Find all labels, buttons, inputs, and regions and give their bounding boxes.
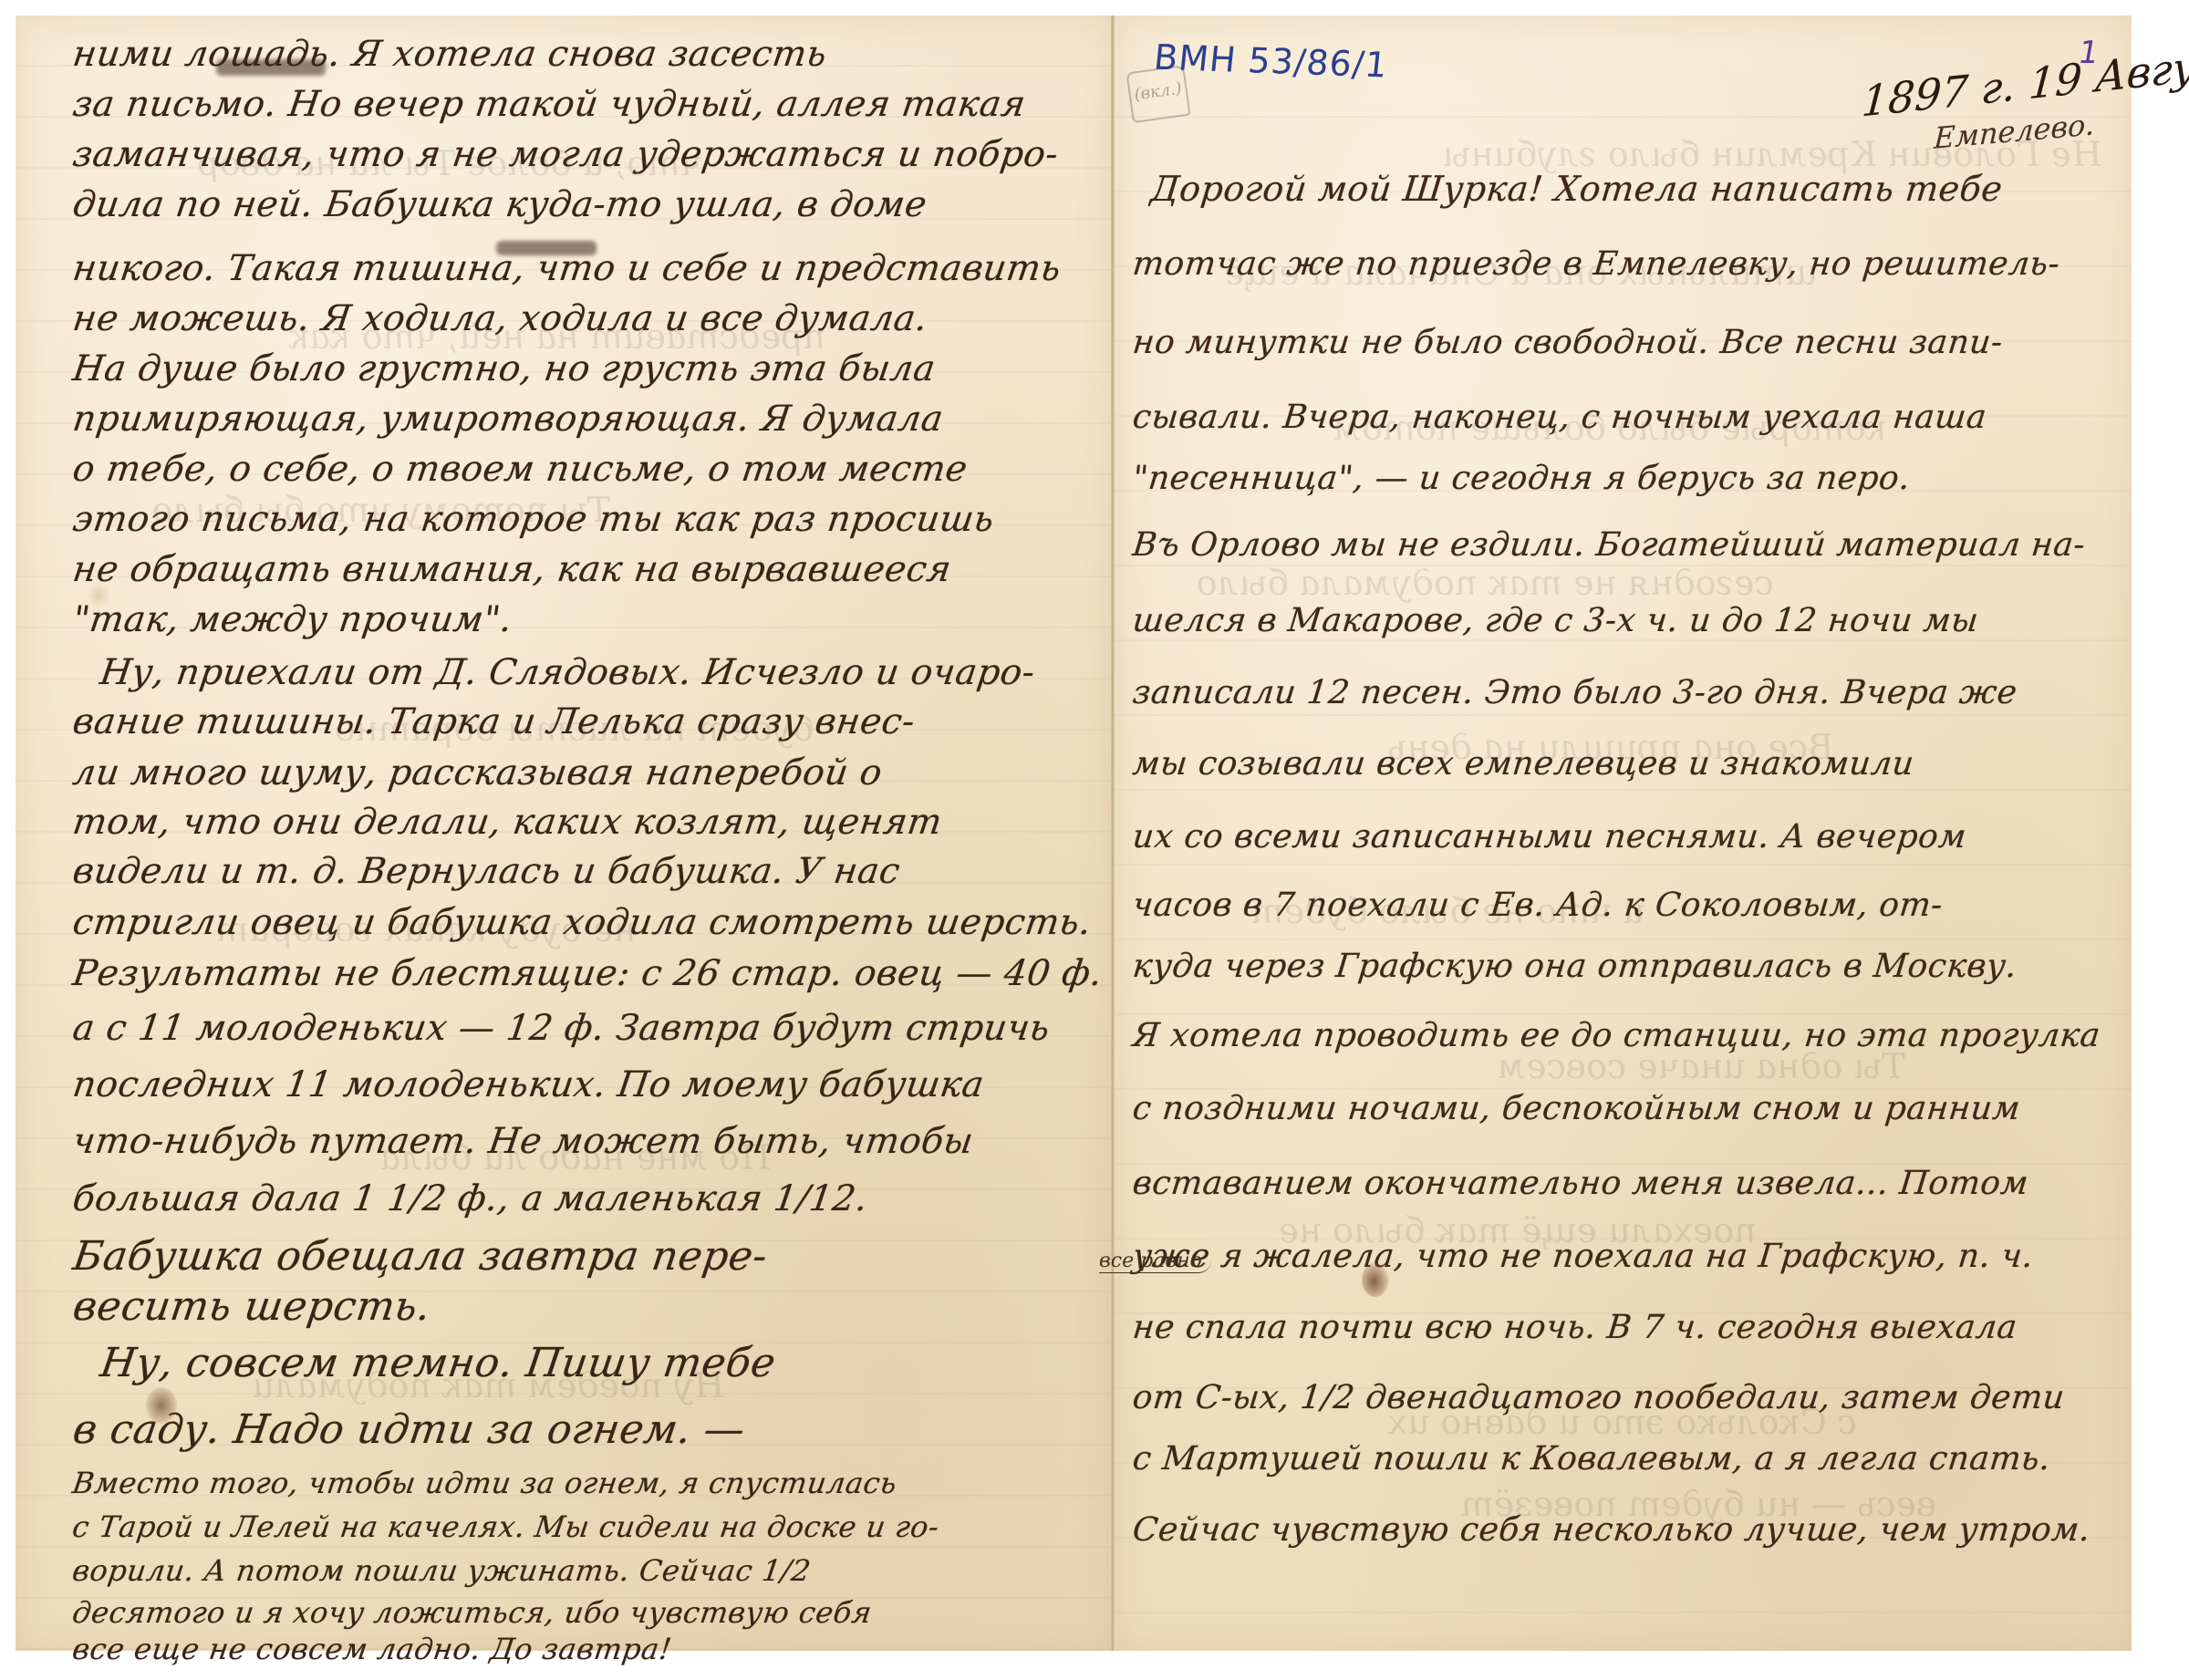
handwritten-line: стригли овец и бабушка ходила смотреть ш… [70, 902, 1094, 943]
handwritten-line: "песенница", — и сегодня я берусь за пер… [1131, 460, 1913, 497]
handwritten-line: никого. Такая тишина, что и себе и предс… [70, 248, 1063, 289]
handwritten-line: ворили. А потом пошли ужинать. Сейчас 1/… [70, 1553, 814, 1588]
handwritten-line: все еще не совсем ладно. До завтра! [70, 1632, 674, 1666]
right-page-text: Дорогой мой Шурка! Хотела написать тебе … [1115, 16, 2132, 1651]
handwritten-line: примиряющая, умиротворяющая. Я думала [70, 399, 946, 440]
handwritten-line: в саду. Надо идти за огнем. — [70, 1406, 748, 1453]
handwritten-line: Ну, совсем темно. Пишу тебе [98, 1340, 779, 1386]
handwritten-line: Въ Орлово мы не ездили. Богатейший матер… [1131, 526, 2087, 564]
handwritten-line: куда через Графскую она отправилась в Мо… [1131, 948, 2019, 985]
handwritten-line: вставанием окончательно меня извела... П… [1131, 1165, 2030, 1202]
handwritten-line: о тебе, о себе, о твоем письме, о том ме… [70, 449, 970, 490]
handwritten-line: Ну, приехали от Д. Слядовых. Исчезло и о… [98, 652, 1038, 693]
handwritten-line: тотчас же по приезде в Емпелевку, но реш… [1131, 245, 2062, 283]
handwritten-line: Вместо того, чтобы идти за огнем, я спус… [70, 1466, 899, 1500]
handwritten-line: Дорогой мой Шурка! Хотела написать тебе [1149, 169, 2005, 209]
handwritten-line: но минутки не было свободной. Все песни … [1131, 324, 2005, 361]
handwritten-line: ними лошадь. Я хотела снова засесть [70, 34, 830, 75]
handwritten-line: часов в 7 поехали с Ев. Ад. к Соколовым,… [1131, 887, 1945, 924]
handwritten-line: Бабушка обещала завтра пере- [70, 1233, 771, 1280]
handwritten-line: этого письма, на которое ты как раз прос… [70, 499, 997, 540]
handwritten-line: уже я жалела, что не поехала на Графскую… [1131, 1238, 2036, 1275]
handwritten-line: их со всеми записанными песнями. А вечер… [1131, 818, 1968, 856]
handwritten-line: записали 12 песен. Это было 3-го дня. Вч… [1131, 674, 2019, 711]
handwritten-line: заманчивая, что я не могла удержаться и … [70, 134, 1061, 175]
handwritten-line: не спала почти всю ночь. В 7 ч. сегодня … [1131, 1309, 2019, 1346]
handwritten-line: Сейчас чувствую себя несколько лучше, че… [1131, 1511, 2092, 1549]
handwritten-line: с поздними ночами, беспокойным сном и ра… [1131, 1090, 2022, 1127]
handwritten-line: вание тишины. Тарка и Лелька сразу внес- [70, 701, 918, 742]
handwritten-line: что-нибудь путает. Не может быть, чтобы [70, 1121, 976, 1162]
handwritten-line: с Тарой и Лелей на качелях. Мы сидели на… [70, 1509, 941, 1544]
letter-page-left: что, и болое Ты ли на двор представит на… [16, 16, 1112, 1651]
handwritten-line: Результаты не блестящие: с 26 стар. овец… [70, 953, 1105, 994]
handwritten-line: том, что они делали, каких козлят, щенят [70, 802, 945, 843]
handwritten-line: не обращать внимания, как на вырвавшееся [70, 549, 954, 590]
handwritten-line: за письмо. Но вечер такой чудный, аллея … [70, 84, 1028, 125]
handwritten-line: Я хотела проводить ее до станции, но эта… [1131, 1017, 2102, 1054]
handwritten-line: На душе было грустно, но грусть эта была [70, 348, 939, 389]
handwritten-line: от С-ых, 1/2 двенадцатого пообедали, зат… [1131, 1379, 2067, 1416]
handwritten-line: "так, между прочим". [70, 599, 515, 640]
handwritten-line: сывали. Вчера, наконец, с ночным уехала … [1131, 399, 1988, 436]
handwritten-line: последних 11 молоденьких. По моему бабуш… [70, 1064, 987, 1105]
handwritten-line: с Мартушей пошли к Ковалевым, а я легла … [1131, 1440, 2052, 1478]
handwritten-line: шелся в Макарове, где с 3-х ч. и до 12 н… [1131, 602, 1980, 639]
inserted-correction-note: все равно [1099, 1250, 1211, 1273]
handwritten-line: весить шерсть. [70, 1283, 434, 1330]
handwritten-line: мы созывали всех емпелевцев и знакомили [1131, 745, 1916, 783]
handwritten-line: не можешь. Я ходила, ходила и все думала… [70, 298, 930, 339]
handwritten-line: ли много шуму, рассказывая наперебой о [70, 752, 885, 793]
handwritten-line: десятого и я хочу ложиться, ибо чувствую… [70, 1595, 874, 1630]
handwritten-line: дила по ней. Бабушка куда-то ушла, в дом… [70, 184, 929, 225]
handwritten-line: большая дала 1 1/2 ф., а маленькая 1/12. [70, 1178, 870, 1219]
handwritten-line: видели и т. д. Вернулась и бабушка. У на… [70, 851, 903, 892]
handwritten-line: а с 11 молоденьких — 12 ф. Завтра будут … [70, 1008, 1053, 1049]
